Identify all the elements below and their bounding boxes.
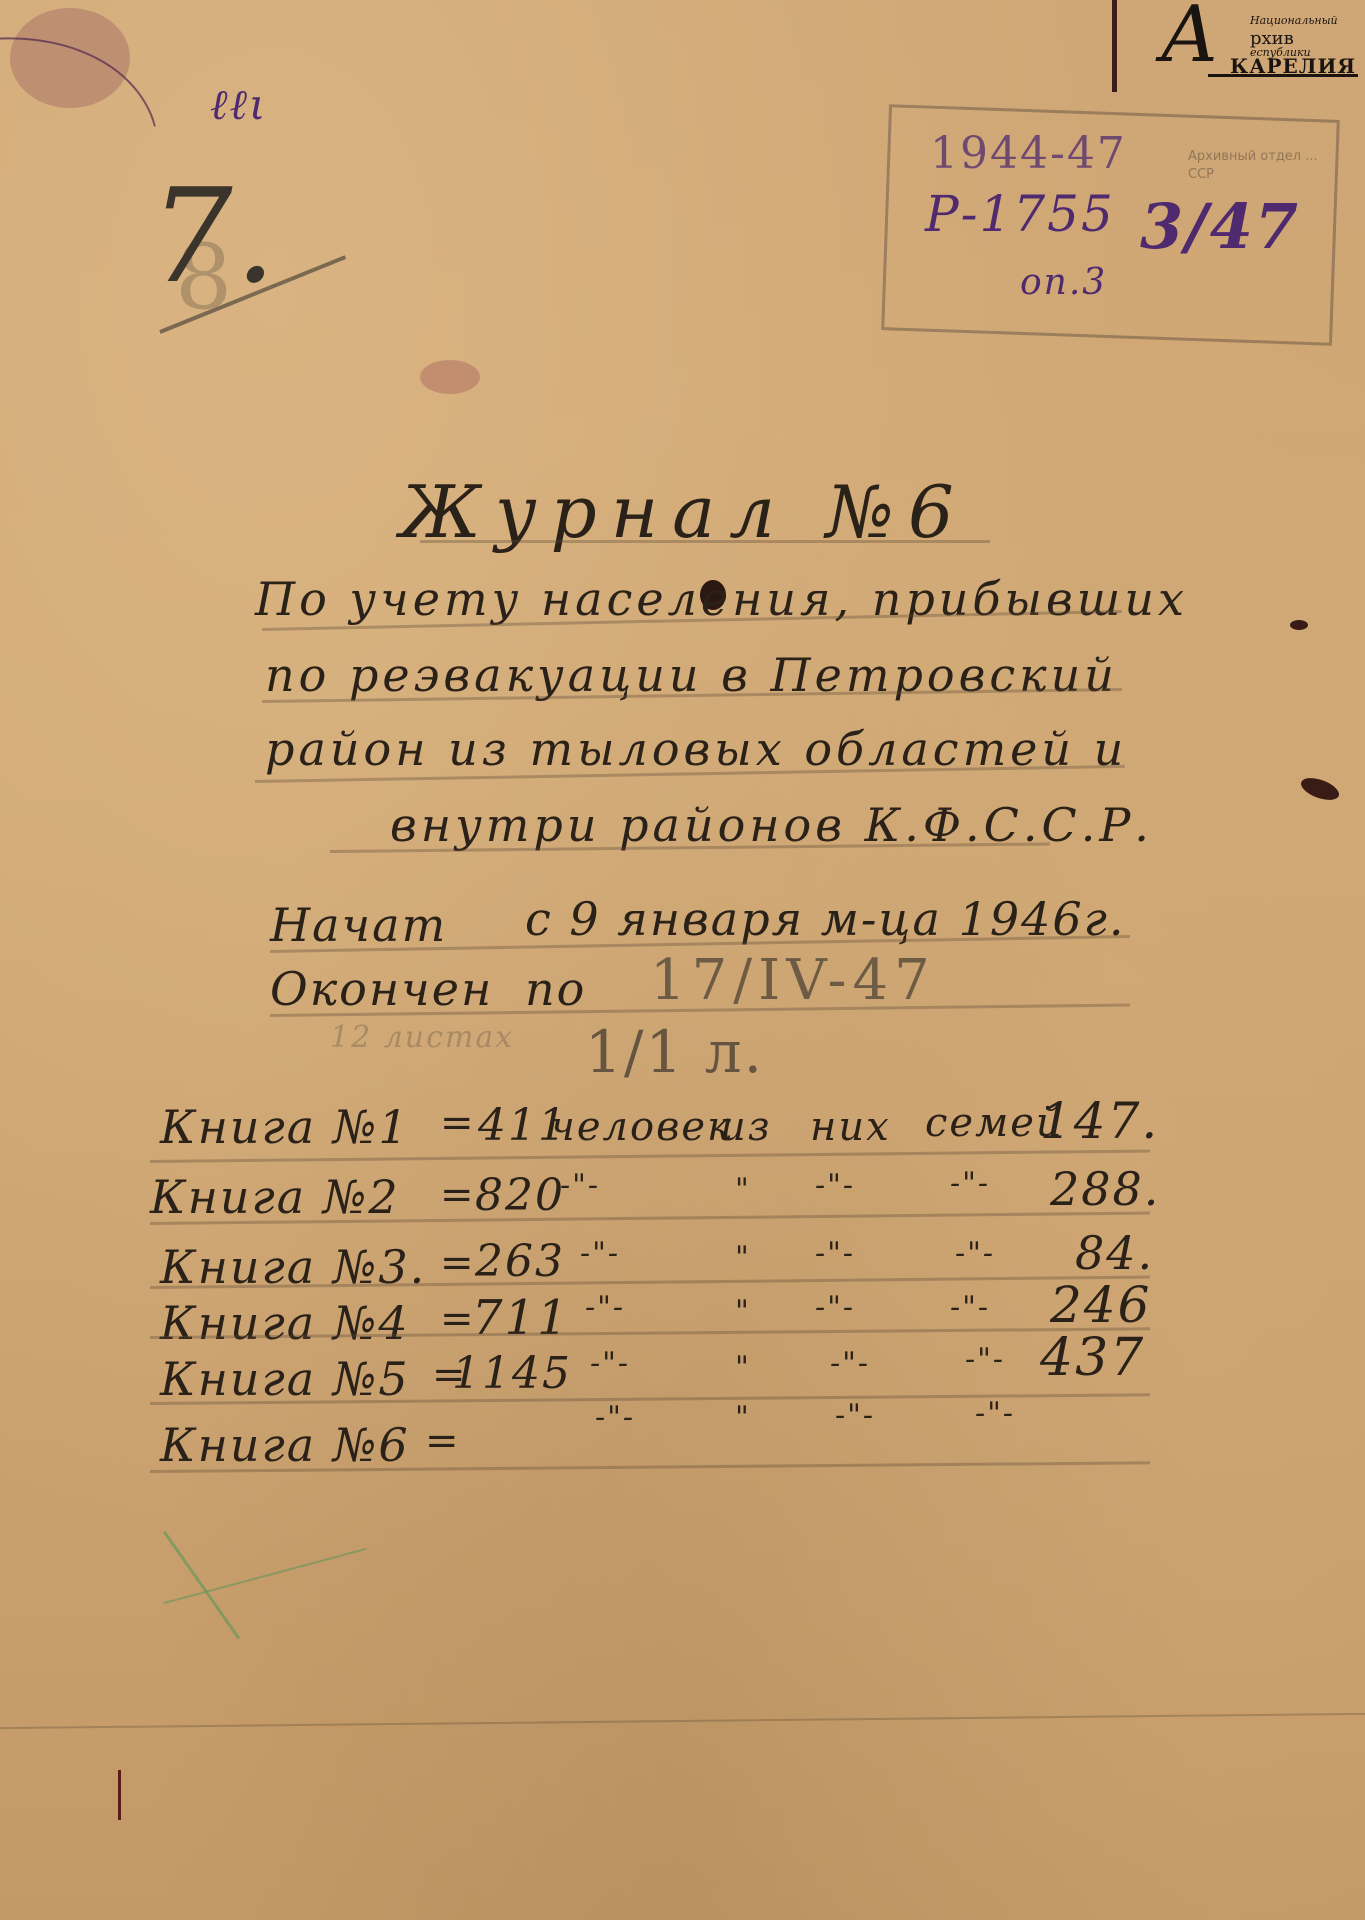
quill-icon <box>1208 74 1358 77</box>
logo-initial: А <box>1160 0 1219 80</box>
ink-blot-small <box>1290 620 1308 630</box>
families-count: 246 <box>1050 1276 1151 1334</box>
col-sem: -"- <box>955 1236 995 1271</box>
families-count: 437 <box>1040 1328 1145 1388</box>
ended-prefix: по <box>525 962 586 1016</box>
col-nih: -"- <box>830 1346 870 1381</box>
people-word: -"- <box>590 1346 630 1381</box>
col-nih: -"- <box>815 1290 855 1325</box>
book-label: Книга №4 <box>160 1296 410 1350</box>
ink-blot-right <box>1298 774 1342 805</box>
book-label: Книга №5 <box>160 1352 410 1406</box>
title-rule <box>420 540 990 543</box>
col-nih: них <box>810 1104 891 1150</box>
col-iz: из <box>720 1104 772 1150</box>
col-nih: -"- <box>835 1398 875 1433</box>
book-label: Книга №1 <box>160 1100 410 1154</box>
people-word: -"- <box>580 1236 620 1271</box>
people-word: -"- <box>595 1400 635 1435</box>
vertical-ink-stroke-top <box>1112 0 1117 92</box>
col-nih: -"- <box>815 1168 855 1203</box>
ended-value: 17/IV-47 <box>650 948 936 1013</box>
col-sem: -"- <box>950 1166 990 1201</box>
people-count: 820 <box>475 1170 565 1221</box>
people-count: 263 <box>475 1236 565 1287</box>
people-count: 711 <box>472 1290 570 1346</box>
archival-document-cover: А Национальный рхив еспублики КАРЕЛИЯ ℓℓ… <box>0 0 1365 1920</box>
col-iz: " <box>735 1294 751 1329</box>
paper-crease <box>0 1713 1365 1729</box>
archive-logo: А Национальный рхив еспублики КАРЕЛИЯ <box>1160 4 1360 84</box>
started-label: Начат <box>270 898 447 952</box>
col-iz: " <box>735 1400 751 1435</box>
red-mark-bottom-left <box>118 1770 121 1820</box>
people-word: -"- <box>560 1168 600 1203</box>
families-count: 84. <box>1075 1226 1154 1280</box>
book-label: Книга №6 <box>160 1418 410 1472</box>
col-sem: -"- <box>950 1290 990 1325</box>
col-sem: -"- <box>965 1342 1005 1377</box>
stamp-opis: оп.3 <box>1020 262 1107 303</box>
stamp-years: 1944-47 <box>930 128 1127 179</box>
equals-sign: = <box>440 1172 476 1218</box>
families-count: 147. <box>1040 1092 1159 1150</box>
equals-sign: = <box>425 1418 461 1464</box>
people-word: человек <box>550 1104 733 1150</box>
col-nih: -"- <box>815 1236 855 1271</box>
col-iz: " <box>735 1350 751 1385</box>
stamp-printed-text: Архивный отдел ... ССР <box>1188 148 1328 184</box>
people-word: -"- <box>585 1290 625 1325</box>
col-iz: " <box>735 1240 751 1275</box>
col-sem: -"- <box>975 1396 1015 1431</box>
col-iz: " <box>735 1172 751 1207</box>
ink-scribble: ℓℓι <box>210 80 267 130</box>
sheets-mark: 1/1 л. <box>585 1018 764 1086</box>
equals-sign: = <box>440 1240 476 1286</box>
families-count: 288. <box>1050 1162 1160 1216</box>
pencil-note-sheets: 12 листах <box>330 1020 514 1055</box>
ended-label: Окончен <box>270 962 493 1016</box>
book-label: Книга №2 <box>150 1170 400 1224</box>
logo-line-national: Национальный <box>1250 14 1338 27</box>
stamp-delo: 3/47 <box>1140 190 1300 263</box>
stamp-fond: Р-1755 <box>925 185 1115 243</box>
equals-sign: = <box>440 1100 476 1146</box>
pink-stain <box>420 360 480 394</box>
people-count: 1145 <box>452 1348 572 1399</box>
